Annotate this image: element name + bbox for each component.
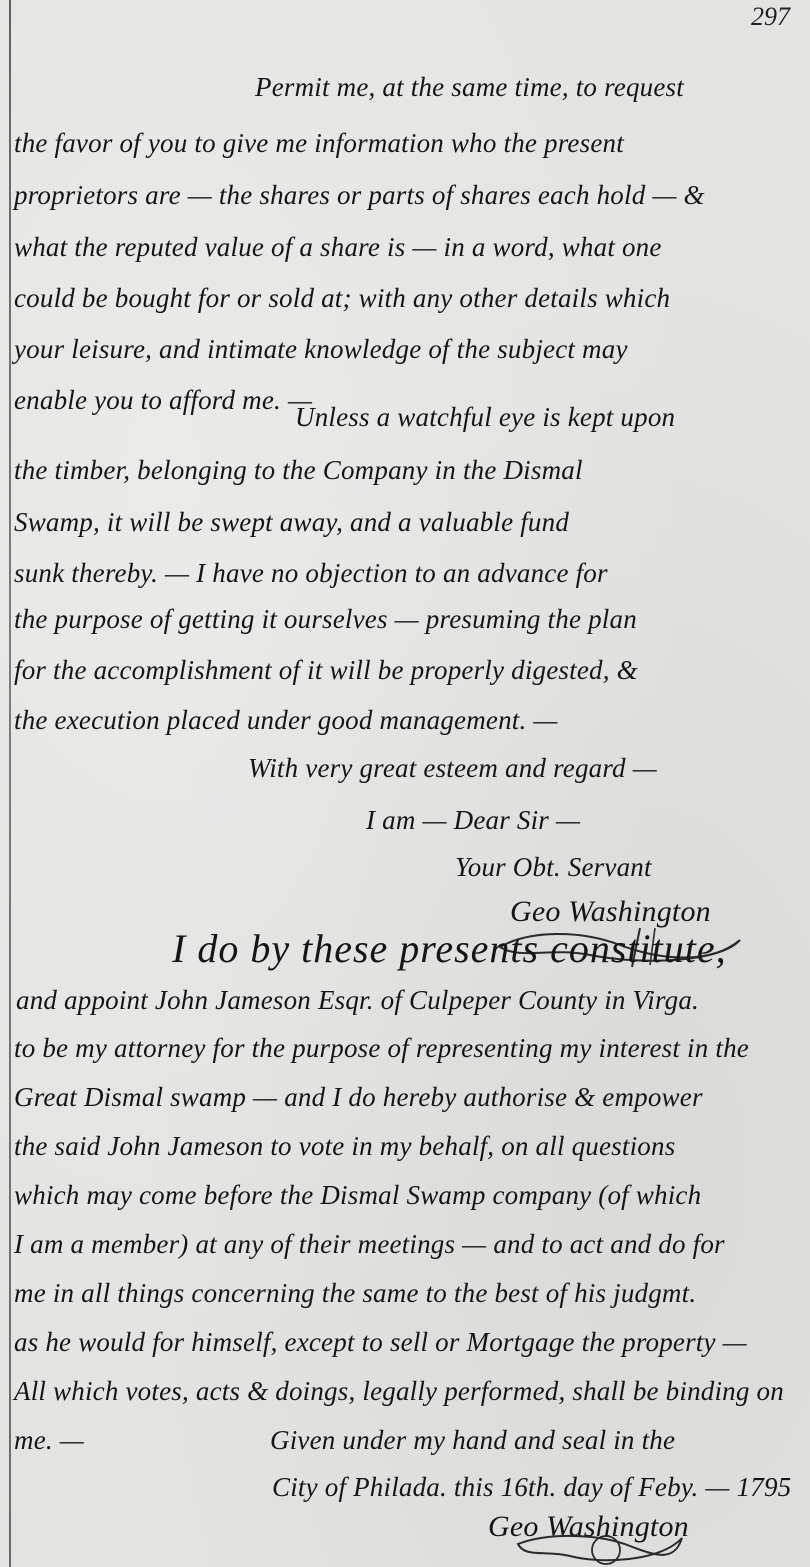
attorney-line: I am a member) at any of their meetings … xyxy=(14,1229,725,1260)
closing-line: With very great esteem and regard — xyxy=(248,753,657,784)
attorney-line: to be my attorney for the purpose of rep… xyxy=(14,1033,749,1064)
attorney-line: me in all things concerning the same to … xyxy=(14,1278,696,1309)
signature-flourish-icon xyxy=(510,1530,690,1567)
letter-line: Unless a watchful eye is kept upon xyxy=(295,402,675,433)
attorney-line: the said John Jameson to vote in my beha… xyxy=(14,1131,675,1162)
page-number: 297 xyxy=(751,2,790,32)
given-line: City of Philada. this 16th. day of Feby.… xyxy=(272,1472,791,1503)
letter-line: sunk thereby. — I have no objection to a… xyxy=(14,558,608,589)
closing-line: I am — Dear Sir — xyxy=(366,805,580,836)
attorney-line: Great Dismal swamp — and I do hereby aut… xyxy=(14,1082,703,1113)
manuscript-page: 297 Permit me, at the same time, to requ… xyxy=(0,0,810,1567)
letter-line: the purpose of getting it ourselves — pr… xyxy=(14,604,637,635)
letter-line: the timber, belonging to the Company in … xyxy=(14,455,583,486)
attorney-line: me. — xyxy=(14,1425,84,1456)
letter-line: Permit me, at the same time, to request xyxy=(255,72,684,103)
attorney-line: which may come before the Dismal Swamp c… xyxy=(14,1180,701,1211)
letter-line: for the accomplishment of it will be pro… xyxy=(14,655,638,686)
letter-line: could be bought for or sold at; with any… xyxy=(14,283,670,314)
letter-line: proprietors are — the shares or parts of… xyxy=(14,180,705,211)
letter-line: enable you to afford me. — xyxy=(14,385,312,416)
letter-signature: Geo Washington xyxy=(510,895,711,929)
letter-line: the favor of you to give me information … xyxy=(14,128,624,159)
closing-line: Your Obt. Servant xyxy=(455,852,652,883)
attorney-line: as he would for himself, except to sell … xyxy=(14,1327,747,1358)
attorney-heading: I do by these presents constitute, xyxy=(172,925,727,972)
attorney-line: and appoint John Jameson Esqr. of Culpep… xyxy=(16,985,699,1016)
letter-line: the execution placed under good manageme… xyxy=(14,705,558,736)
attorney-line: All which votes, acts & doings, legally … xyxy=(14,1376,784,1407)
margin-rule xyxy=(9,0,11,1567)
letter-line: Swamp, it will be swept away, and a valu… xyxy=(14,507,569,538)
letter-line: what the reputed value of a share is — i… xyxy=(14,232,662,263)
given-line: Given under my hand and seal in the xyxy=(270,1425,675,1456)
letter-line: your leisure, and intimate knowledge of … xyxy=(14,334,628,365)
